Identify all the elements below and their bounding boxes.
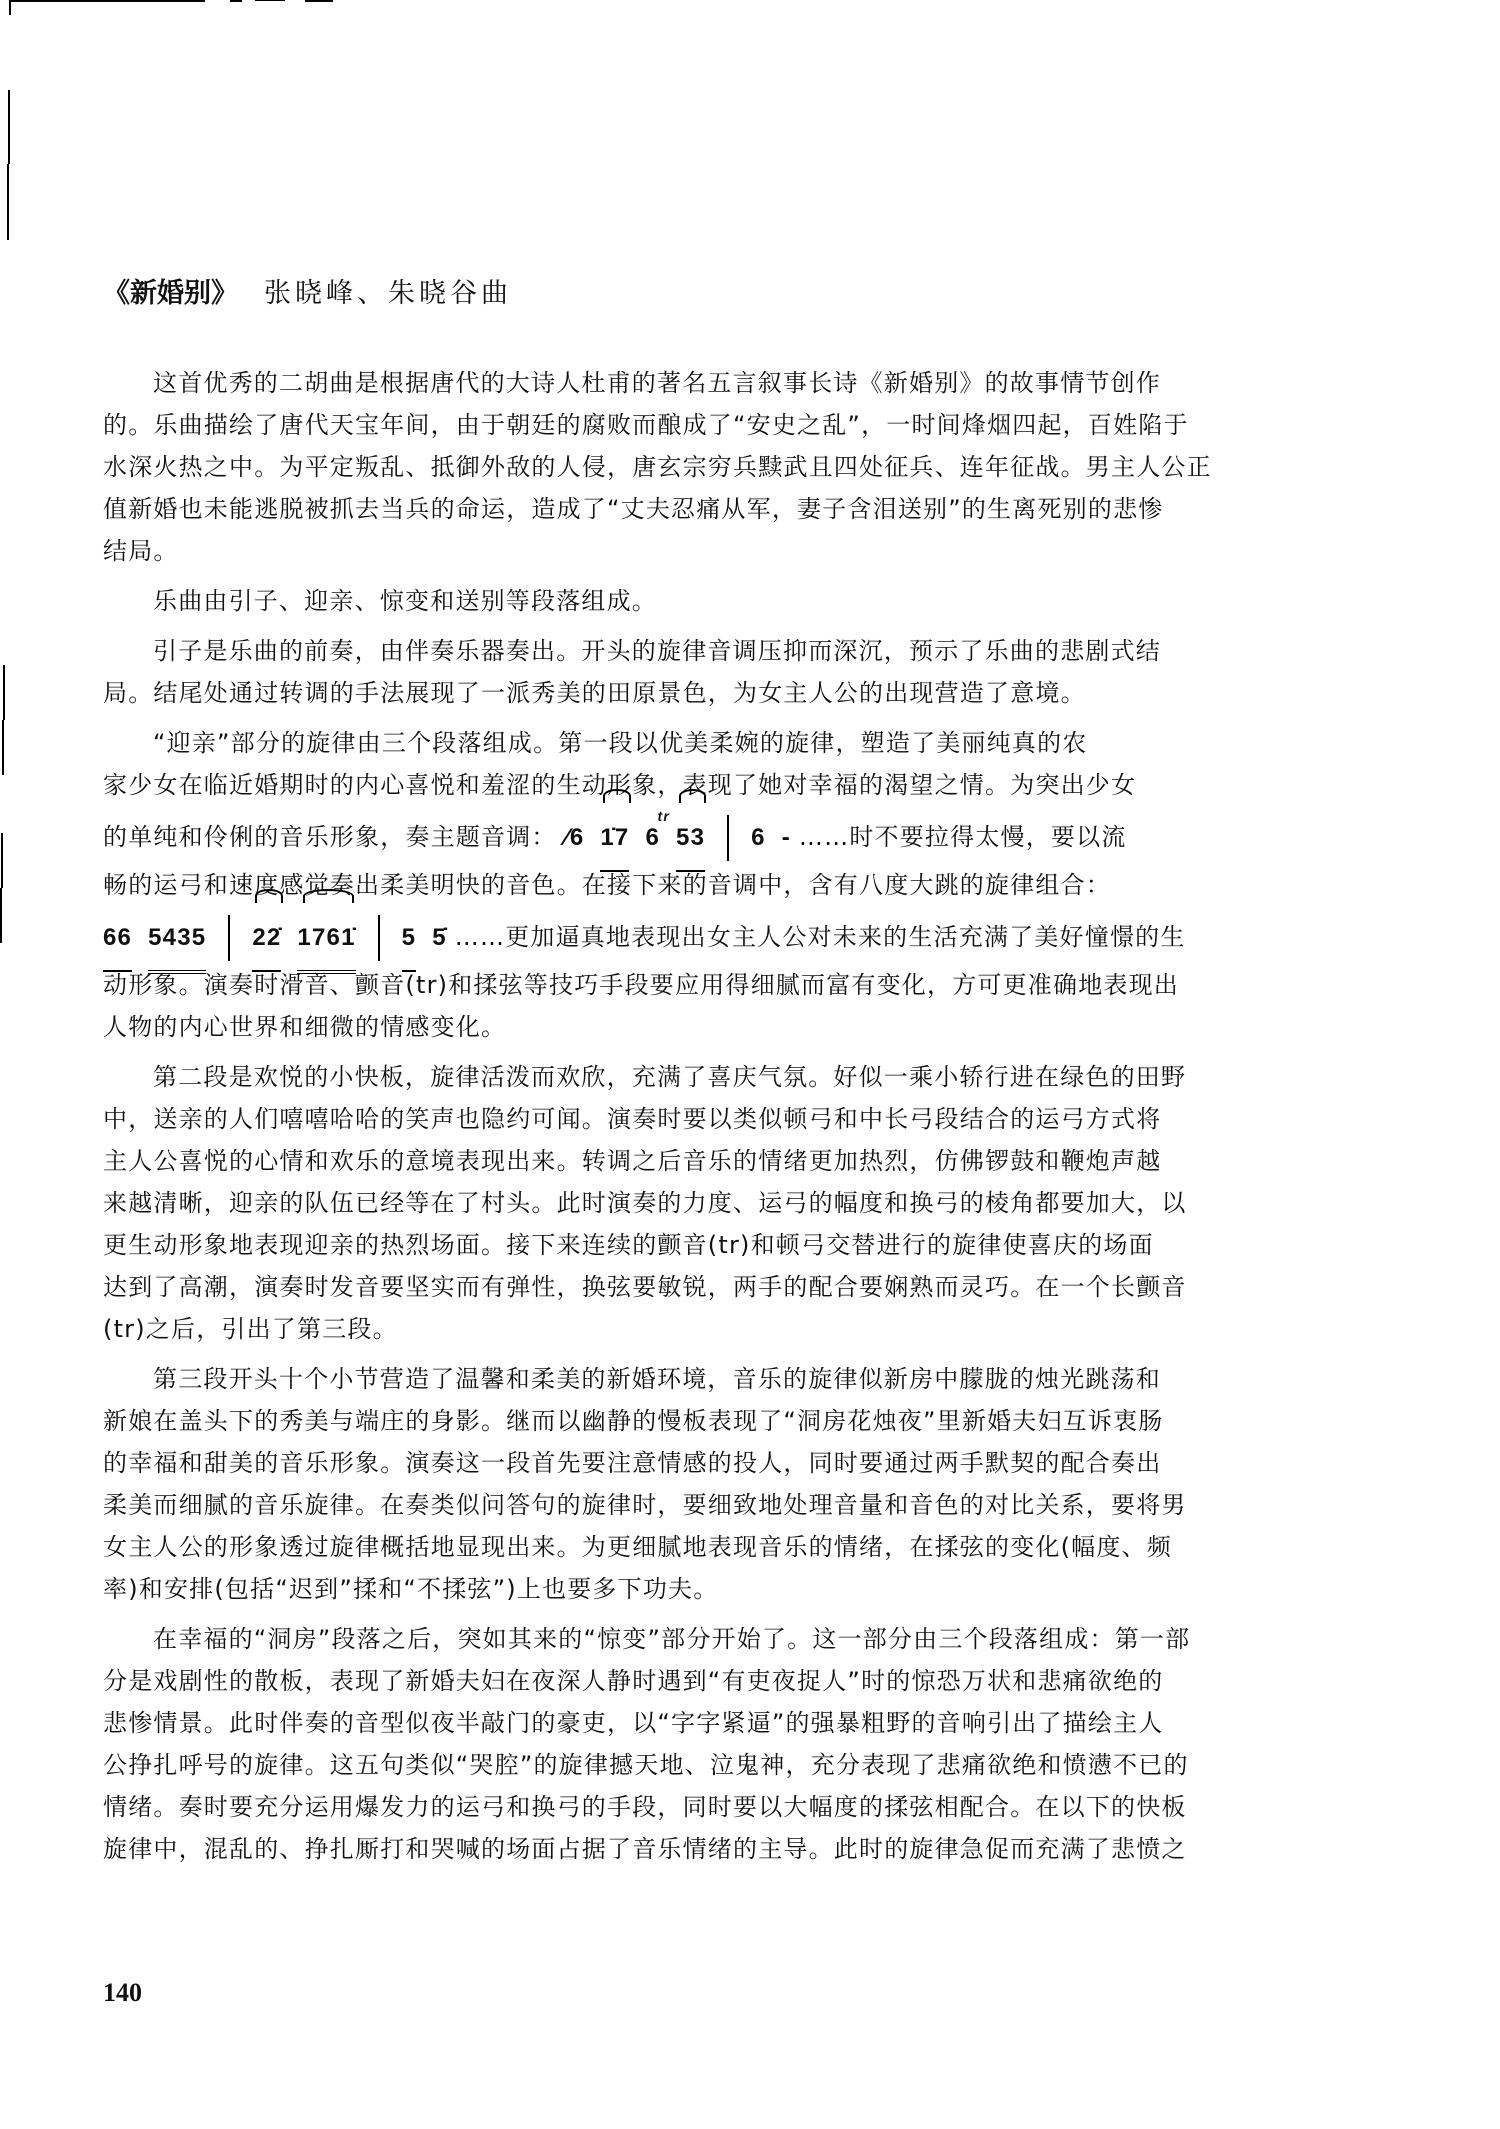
bar-line — [378, 915, 380, 961]
trill-mark: tr — [658, 785, 671, 847]
article-body: 这首优秀的二胡曲是根据唐代的大诗人杜甫的著名五言叙事长诗《新婚别》的故事情节创作… — [103, 362, 1383, 1878]
text-line: 悲惨情景。此时伴奏的音型似夜半敲门的豪吏，以“字字紧逼”的强暴粗野的音响引出了描… — [103, 1702, 1383, 1744]
text-line: 公挣扎呼号的旋律。这五句类似“哭腔”的旋律撼天地、泣鬼神，充分表现了悲痛欲绝和愤… — [103, 1744, 1383, 1786]
paragraph-welcoming: “迎亲”部分的旋律由三个段落组成。第一段以优美柔婉的旋律，塑造了美丽纯真的农 家… — [103, 722, 1383, 1048]
jianpu-note-group: 5435 — [148, 907, 206, 974]
theme-notation-line: 的单纯和伶俐的音乐形象，奏主题音调：⁄61̇76tr536-……时不要拉得太慢，… — [103, 806, 1383, 864]
text-line: 的幸福和甜美的音乐形象。演奏这一段首先要注意情感的投人，同时要通过两手默契的配合… — [103, 1442, 1383, 1484]
text-line: 值新婚也未能逃脱被抓去当兵的命运，造成了“丈夫忍痛从军，妻子含泪送别”的生离死别… — [103, 488, 1383, 530]
text-line: 柔美而细腻的音乐旋律。在奏类似问答句的旋律时，要细致地处理音量和音色的对比关系，… — [103, 1484, 1383, 1526]
text-line: 情绪。奏时要充分运用爆发力的运弓和换弓的手段，同时要以大幅度的揉弦相配合。在以下… — [103, 1786, 1383, 1828]
text-line: 局。结尾处通过转调的手法展现了一派秀美的田原景色，为女主人公的出现营造了意境。 — [103, 672, 1383, 714]
text-line: 分是戏剧性的散板，表现了新婚夫妇在夜深人静时遇到“有吏夜捉人”时的惊恐万状和悲痛… — [103, 1660, 1383, 1702]
octave-leap-notation-line: 66543522̇1761̇55̇……更加逼真地表现出女主人公对未来的生活充满了… — [103, 906, 1383, 964]
jianpu-dash: - — [782, 807, 791, 869]
text-line: 的。乐曲描绘了唐代天宝年间，由于朝廷的腐败而酿成了“安史之乱”，一时间烽烟四起，… — [103, 404, 1383, 446]
jianpu-note-group: 53 — [676, 807, 705, 872]
paragraph-shock: 在幸福的“洞房”段落之后，突如其来的“惊变”部分开始了。这一部分由三个段落组成：… — [103, 1618, 1383, 1870]
text-line: 主人公喜悦的心情和欢乐的意境表现出来。转调之后音乐的情绪更加热烈，仿佛锣鼓和鞭炮… — [103, 1140, 1383, 1182]
text-line: 动形象。演奏时滑音、颤音(tr)和揉弦等技巧手段要应用得细腻而富有变化，方可更准… — [103, 964, 1383, 1006]
text-line: 这首优秀的二胡曲是根据唐代的大诗人杜甫的著名五言叙事长诗《新婚别》的故事情节创作 — [103, 362, 1383, 404]
text-line: 中，送亲的人们嘻嘻哈哈的笑声也隐约可闻。演奏时要以类似顿弓和中长弓段结合的运弓方… — [103, 1098, 1383, 1140]
text-line: 在幸福的“洞房”段落之后，突如其来的“惊变”部分开始了。这一部分由三个段落组成：… — [103, 1618, 1383, 1660]
page-number: 140 — [103, 1978, 142, 2008]
text-line: 更生动形象地表现迎亲的热烈场面。接下来连续的颤音(tr)和顿弓交替进行的旋律使喜… — [103, 1224, 1383, 1266]
text-line: 第三段开头十个小节营造了温馨和柔美的新婚环境，音乐的旋律似新房中朦胧的烛光跳荡和 — [103, 1358, 1383, 1400]
jianpu-note-group: 1̇7 — [600, 807, 629, 872]
jianpu-note-fermata: 5̇ — [432, 907, 447, 969]
text-line: (tr)之后，引出了第三段。 — [103, 1308, 1383, 1350]
scan-margin-line — [7, 164, 9, 240]
scan-margin-line — [2, 720, 4, 775]
paragraph-structure: 乐曲由引子、迎亲、惊变和送别等段落组成。 — [103, 580, 1383, 622]
jianpu-note-group: 22̇ — [252, 907, 281, 972]
scan-margin-line — [1, 833, 3, 888]
jianpu-note-group: 66 — [103, 907, 132, 972]
text-line: 女主人公的形象透过旋律概括地显现出来。为更细腻地表现音乐的情绪，在揉弦的变化(幅… — [103, 1526, 1383, 1568]
scan-margin-line — [0, 888, 2, 943]
text-line: 乐曲由引子、迎亲、惊变和送别等段落组成。 — [103, 580, 1383, 622]
text-segment: 的单纯和伶俐的音乐形象，奏主题音调： — [103, 823, 557, 851]
text-line: 引子是乐曲的前奏，由伴奏乐器奏出。开头的旋律音调压抑而深沉，预示了乐曲的悲剧式结 — [103, 630, 1383, 672]
paragraph-section-two: 第二段是欢悦的小快板，旋律活泼而欢欣，充满了喜庆气氛。好似一乘小轿行进在绿色的田… — [103, 1056, 1383, 1350]
text-line: 结局。 — [103, 530, 1383, 572]
scan-margin-line — [8, 90, 10, 164]
bar-line — [727, 815, 729, 861]
text-segment: ……时不要拉得太慢，要以流 — [799, 823, 1127, 851]
text-line: 达到了高潮，演奏时发音要坚实而有弹性，换弦要敏锐，两手的配合要娴熟而灵巧。在一个… — [103, 1266, 1383, 1308]
scan-edge-line — [230, 0, 242, 2]
text-line: 新娘在盖头下的秀美与端庄的身影。继而以幽静的慢板表现了“洞房花烛夜”里新婚夫妇互… — [103, 1400, 1383, 1442]
paragraph-intro: 这首优秀的二胡曲是根据唐代的大诗人杜甫的著名五言叙事长诗《新婚别》的故事情节创作… — [103, 362, 1383, 572]
jianpu-note: 6 — [751, 807, 766, 869]
scan-margin-line — [3, 665, 5, 720]
scan-edge-line — [10, 0, 205, 2]
paragraph-prelude: 引子是乐曲的前奏，由伴奏乐器奏出。开头的旋律音调压抑而深沉，预示了乐曲的悲剧式结… — [103, 630, 1383, 714]
scan-margin-line — [9, 0, 11, 15]
text-line: 来越清晰，迎亲的队伍已经等在了村头。此时演奏的力度、运弓的幅度和换弓的棱角都要加… — [103, 1182, 1383, 1224]
text-line: 水深火热之中。为平定叛乱、抵御外敌的人侵，唐玄宗穷兵黩武且四处征兵、连年征战。男… — [103, 446, 1383, 488]
text-line: “迎亲”部分的旋律由三个段落组成。第一段以优美柔婉的旋律，塑造了美丽纯真的农 — [103, 722, 1383, 764]
grace-note: ⁄6 — [565, 807, 585, 869]
scan-edge-line — [255, 0, 285, 1]
bar-line — [228, 915, 230, 961]
jianpu-note: 5 — [402, 907, 417, 972]
jianpu-note-group: 1761̇ — [297, 907, 355, 974]
text-line: 率)和安排(包括“迟到”揉和“不揉弦”)上也要多下功夫。 — [103, 1568, 1383, 1610]
paragraph-section-three: 第三段开头十个小节营造了温馨和柔美的新婚环境，音乐的旋律似新房中朦胧的烛光跳荡和… — [103, 1358, 1383, 1610]
text-line: 人物的内心世界和细微的情感变化。 — [103, 1006, 1383, 1048]
jianpu-note: 6tr — [645, 807, 660, 869]
text-line: 家少女在临近婚期时的内心喜悦和羞涩的生动形象，表现了她对幸福的渴望之情。为突出少… — [103, 764, 1383, 806]
text-line: 旋律中，混乱的、挣扎厮打和哭喊的场面占据了音乐情绪的主导。此时的旋律急促而充满了… — [103, 1828, 1383, 1870]
text-line: 畅的运弓和速度感觉奏出柔美明快的音色。在接下来的音调中，含有八度大跳的旋律组合： — [103, 864, 1383, 906]
text-segment: ……更加逼真地表现出女主人公对未来的生活充满了美好憧憬的生 — [455, 923, 1186, 951]
piece-title: 《新婚别》 — [103, 278, 238, 309]
scan-edge-line — [305, 0, 333, 2]
piece-heading: 《新婚别》张晓峰、朱晓谷曲 — [103, 276, 512, 312]
composer-credit: 张晓峰、朱晓谷曲 — [264, 278, 512, 309]
text-line: 第二段是欢悦的小快板，旋律活泼而欢欣，充满了喜庆气氛。好似一乘小轿行进在绿色的田… — [103, 1056, 1383, 1098]
